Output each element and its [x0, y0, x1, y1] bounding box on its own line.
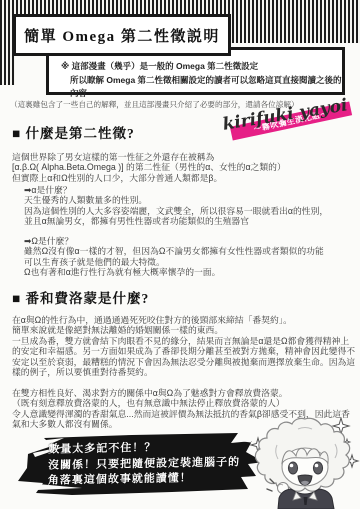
text-line: 在α與Ω的性行為中，通過通過死死咬住對方的後頸部來締結「番契約」。 — [12, 315, 355, 325]
text-line: 天生優秀的人類數量多的性別。 — [24, 195, 328, 205]
text-line: 樣的例子，所以要慎重對待番契約。 — [12, 367, 355, 377]
page-title: 簡單 Omega 第二性徵説明 — [24, 25, 220, 46]
alpha-question: ➡α是什麼？ — [24, 185, 328, 195]
text-line: 一旦成為番，雙方就會結下肉眼看不見的緣分，結果而言無論是α還是Ω都會獲得精神上 — [12, 336, 355, 346]
text-line: 雖然Ω沒有像α一樣的才智，但因為Ω不論男女都擁有女性性器或者類似的功能 — [24, 246, 324, 256]
omega-explanation: ➡Ω是什麼？ 雖然Ω沒有像α一樣的才智，但因為Ω不論男女都擁有女性性器或者類似的… — [24, 236, 324, 278]
chibi-body — [278, 489, 334, 509]
chibi-character-illustration — [250, 417, 360, 509]
shout-banner: 數量太多記不住！？ 沒關係！只要把隨便設定裝進腦子的 角落裏這個故事就能讀懂！ — [12, 432, 264, 502]
chibi-left-eye — [288, 462, 297, 474]
title-box: 簡單 Omega 第二性徵説明 — [13, 14, 231, 56]
text-line: 簡單來說就是像絕對無法離婚的婚姻關係一樣的東西。 — [12, 325, 355, 335]
bond-paragraph: 在α與Ω的性行為中，通過通過死死咬住對方的後頸部來締結「番契約」。 簡單來說就是… — [12, 315, 355, 377]
text-line: 在雙方相性良好、渴求對方的關係中α與Ω為了魅惑對方會釋放費洛蒙。 — [12, 388, 350, 398]
text-line: 的安定和幸福感。另一方面如果成為了番卻長期分離甚至被對方拋棄，精神會因此變得不 — [12, 346, 355, 356]
note-line-2: 所以瞭解 Omega 第二性徵相關設定的讀者可以忽略這頁直接閱讀之後的內容 — [61, 74, 342, 101]
manga-info-page: 簡單 Omega 第二性徵説明 ※ 這部漫畫（幾乎）是一般的 Omega 第二性… — [0, 0, 360, 509]
section-heading-what-is: ■ 什麼是第二性徵? — [12, 122, 135, 142]
banner-text: 數量太多記不住！？ 沒關係！只要把隨便設定裝進腦子的 角落裏這個故事就能讀懂！ — [48, 439, 241, 489]
text-line: 因為這個性別的人大多容姿端麗，文武雙全，所以很容易一眼就看出α的性別， — [24, 206, 328, 216]
text-line: [α.β.Ω( Alpha.Beta.Omega )] 的第二性征（男性的α、女… — [12, 162, 286, 172]
alpha-explanation: ➡α是什麼？ 天生優秀的人類數量多的性別。 因為這個性別的人大多容姿端麗，文武雙… — [24, 185, 328, 227]
text-line: 可以生育孩子就是他們的最大特徵。 — [24, 257, 324, 267]
omega-question: ➡Ω是什麼？ — [24, 236, 324, 246]
text-line: 並且α無論男女，都擁有男性性器或者功能類似的生殖器官 — [24, 216, 328, 226]
chibi-character — [250, 417, 360, 509]
intro-paragraph: 這個世界除了男女這樣的第一性征之外還存在被稱為 [α.β.Ω( Alpha.Be… — [12, 152, 286, 183]
text-line: 但實際上α和Ω性別的人口少，大部分普通人類都是β。 — [12, 173, 286, 183]
text-line: 這個世界除了男女這樣的第一性征之外還存在被稱為 — [12, 152, 286, 162]
chibi-right-eye — [313, 462, 322, 474]
text-line: Ω也有著和α進行性行為就有極大概率懷孕的一面。 — [24, 267, 324, 277]
note-line-1: ※ 這部漫畫（幾乎）是一般的 Omega 第二性徵設定 — [61, 60, 342, 74]
section-heading-bond: ■ 番和費洛蒙是什麼? — [12, 287, 149, 307]
text-line: （既有刻意釋放費洛蒙的人，也有無意識中無法停止釋放費洛蒙的人） — [12, 398, 350, 408]
text-line: 安定以至於衰弱，最糟糕的情況下會因為無法忍受分離與被拋棄而選擇放棄生命。因為這 — [12, 357, 355, 367]
